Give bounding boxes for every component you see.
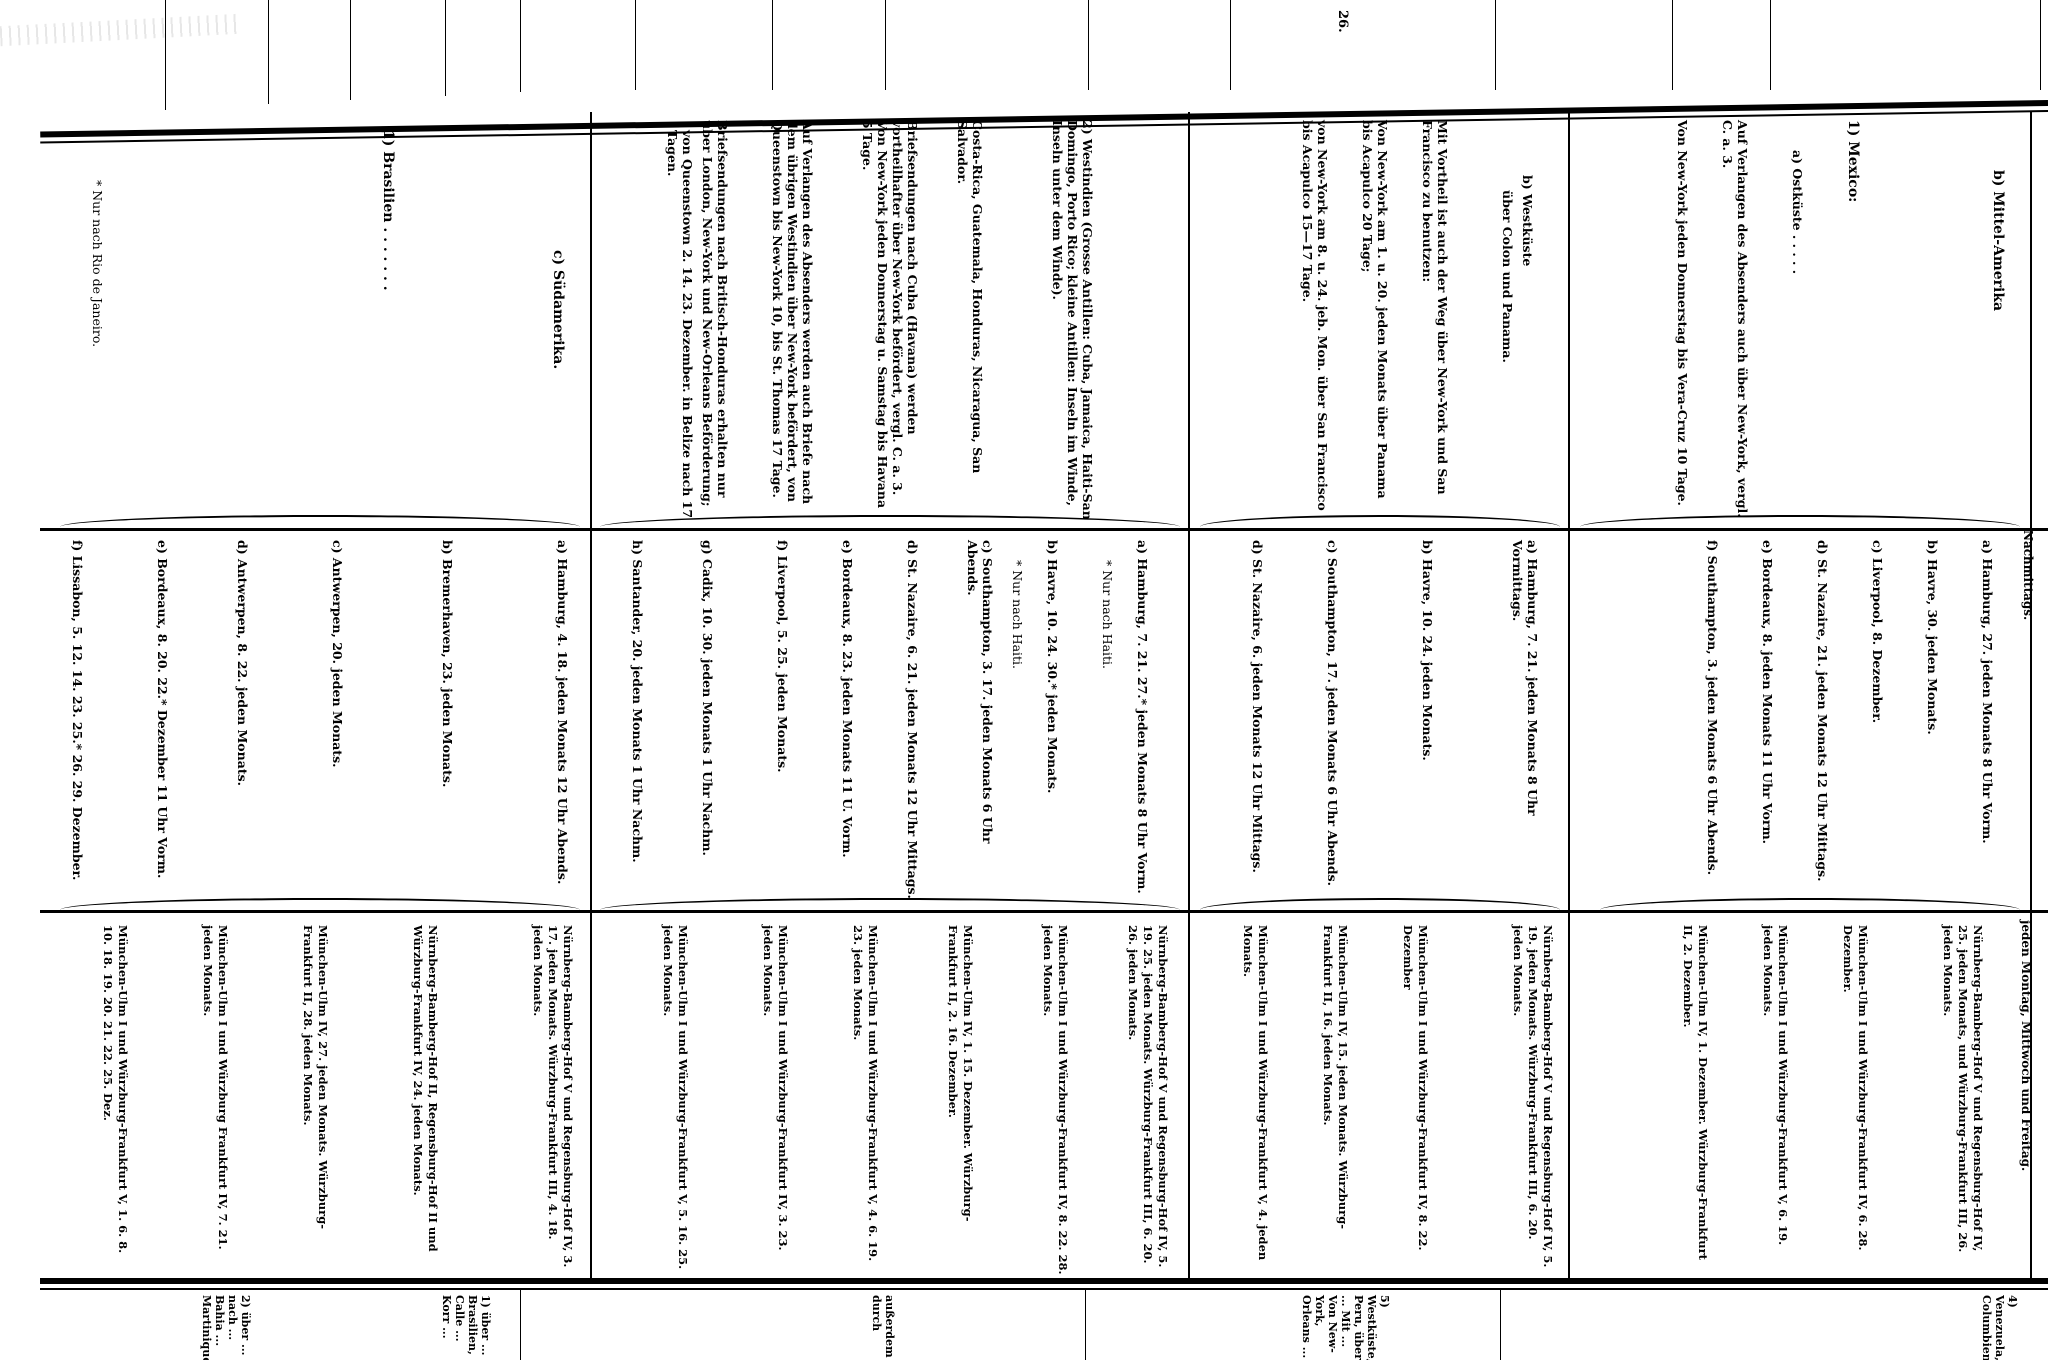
port-fragment: Nachmittags. xyxy=(2020,530,2035,650)
rail-entry: München-Ulm I und Würzburg-Frankfurt V, … xyxy=(1760,925,1790,1275)
port-name: d) St. Nazaire, xyxy=(1815,540,1830,641)
rail-entry: München-Ulm IV, 15. jeden Monats. Würzbu… xyxy=(1320,925,1350,1275)
next-destination: 2) über ... nach ... Bahia ... Martiniqu… xyxy=(200,1295,252,1360)
port-entry: a) Hamburg, 27. jeden Monats 8 Uhr Vorm. xyxy=(1980,540,1995,900)
destination-mexico-west: b) Westküste xyxy=(1520,175,1535,515)
destination-note: Auf Verlangen des Absenders werden auch … xyxy=(770,120,815,520)
rail-entry: München-Ulm IV, 1. 15. Dezember. Würzbur… xyxy=(945,925,975,1275)
port-schedule: 3. jeden Monats 6 Uhr Abends. xyxy=(1705,659,1720,875)
port-entry: c) Southampton, 17. jeden Monats 6 Uhr A… xyxy=(1325,540,1340,900)
port-entry: c) Southampton, 3. 17. jeden Monats 6 Uh… xyxy=(965,540,995,900)
port-schedule: 6. 21. jeden Monats 12 Uhr Mittags. xyxy=(905,645,920,899)
port-entry: b) Havre, 10. 24. 30.* jeden Monats. xyxy=(1045,540,1060,900)
port-name: g) Cadix, xyxy=(700,540,715,602)
rail-entry: München-Ulm I und Würzburg-Frankfurt IV,… xyxy=(1400,925,1430,1275)
port-entry: d) Antwerpen, 8. 22. jeden Monats. xyxy=(235,540,250,900)
port-entry: b) Havre, 10. 24. jeden Monats. xyxy=(1420,540,1435,900)
destination-brazil: 1) Brasilien . . . . . . . xyxy=(380,130,395,510)
port-schedule: 5. 25. jeden Monats. xyxy=(775,630,790,773)
port-entry: h) Santander, 20. jeden Monats 1 Uhr Nac… xyxy=(630,540,645,900)
port-entry: d) St. Nazaire, 21. jeden Monats 12 Uhr … xyxy=(1815,540,1830,900)
rail-entry: Nürnberg-Bamberg-Hof V und Regensburg-Ho… xyxy=(1125,925,1170,1275)
column-rule xyxy=(2040,0,2041,90)
rail-entry: Nürnberg-Bamberg-Hof II, Regensburg-Hof … xyxy=(410,925,440,1275)
port-entry: c) Liverpool, 8. Dezember. xyxy=(1870,540,1885,900)
destination-note: Auf Verlangen des Absenders auch über Ne… xyxy=(1720,120,1750,520)
port-name: a) Hamburg, xyxy=(1525,540,1540,629)
port-name: f) Lissabon, xyxy=(70,540,85,622)
port-entry: b) Bremerhaven, 23. jeden Monats. xyxy=(440,540,455,900)
port-entry: a) Hamburg, 7. 21. 27.* jeden Monats 8 U… xyxy=(1135,540,1150,900)
port-entry: c) Antwerpen, 20. jeden Monats. xyxy=(330,540,345,900)
column-rule xyxy=(1230,0,1231,90)
rail-entry: München-Ulm I und Würzburg Frankfurt IV,… xyxy=(200,925,230,1275)
block-separator xyxy=(590,112,592,1278)
port-name: e) Bordeaux, xyxy=(155,540,170,629)
port-footnote: * Nur nach Haiti. xyxy=(1100,560,1115,760)
port-name: a) Hamburg, xyxy=(1135,540,1150,629)
destination-mexico-east: a) Ostküste . . . . . xyxy=(1790,150,1805,520)
brace xyxy=(1600,898,2020,910)
port-name: b) Bremerhaven, xyxy=(440,540,455,658)
port-entry: a) Hamburg, 7. 21. jeden Monats 8 Uhr Vo… xyxy=(1510,540,1540,900)
block-separator xyxy=(1568,112,1570,1278)
rail-entry: München-Ulm I und Würzburg-Frankfurt V, … xyxy=(100,925,130,1275)
column-rule xyxy=(772,0,773,90)
column-rule xyxy=(1088,0,1089,90)
block-separator xyxy=(1188,112,1190,1278)
port-schedule: 5. 12. 14. 23. 25.* 26. 29. Dezember. xyxy=(70,626,85,880)
page-number: 26. xyxy=(1335,10,1350,33)
column-rule xyxy=(1085,1290,1086,1360)
rail-entry: München-Ulm I und Würzburg-Frankfurt IV,… xyxy=(1840,925,1870,1275)
brace xyxy=(1580,515,2020,527)
destination-west-indies: 2) Westindien (Grosse Antillen: Cuba, Ja… xyxy=(1050,120,1095,520)
port-name: c) Liverpool, xyxy=(1870,540,1885,628)
column-rule xyxy=(635,0,636,90)
section-heading-south-america: c) Südamerika. xyxy=(550,250,565,500)
divider-ports-rail xyxy=(40,910,2048,913)
port-schedule: 10. 24. 30.* jeden Monats. xyxy=(1045,609,1060,793)
next-destination: 4) Venezuela, Columbien xyxy=(1980,1295,2019,1360)
port-name: c) Southampton, xyxy=(1325,540,1340,657)
port-schedule: 30. jeden Monats. xyxy=(1925,609,1940,734)
destination-note: Briefsendungen nach Britisch-Honduras er… xyxy=(700,120,730,520)
column-rule xyxy=(445,0,446,96)
column-rule xyxy=(165,0,166,110)
column-rule xyxy=(1495,0,1496,90)
port-entry: f) Liverpool, 5. 25. jeden Monats. xyxy=(775,540,790,900)
port-entry: d) St. Nazaire, 6. jeden Monats 12 Uhr M… xyxy=(1250,540,1265,900)
brace xyxy=(1200,515,1560,527)
rail-entry: München-Ulm IV, 27. jeden Monats. Würzbu… xyxy=(300,925,330,1275)
rail-entry: Nürnberg-Bamberg-Hof V und Regensburg-Ho… xyxy=(530,925,575,1275)
column-rule xyxy=(1500,1290,1501,1360)
port-name: f) Southampton, xyxy=(1705,540,1720,655)
port-schedule: 4. 18. jeden Monats 12 Uhr Abends. xyxy=(555,633,570,884)
rail-entry: München-Ulm I und Würzburg-Frankfurt V, … xyxy=(660,925,690,1275)
port-name: f) Liverpool, xyxy=(775,540,790,626)
column-rule xyxy=(1672,0,1673,90)
port-schedule: 20. jeden Monats. xyxy=(330,642,345,767)
destination-note: Briefsendungen nach Cuba (Havana) werden… xyxy=(860,120,920,520)
next-destination: 1) über ... Brasilien, Calle ... Korr ..… xyxy=(440,1295,492,1360)
rail-fragment: jeden Montag, Mittwoch und Freitag. xyxy=(2018,920,2033,1270)
destination-note: Mit Vortheil ist auch der Weg über New-Y… xyxy=(1420,120,1450,520)
port-entry: e) Bordeaux, 8. 23. jeden Monats 11 U. V… xyxy=(840,540,855,900)
port-name: d) St. Nazaire, xyxy=(905,540,920,641)
rail-entry: München-Ulm I und Würzburg-Frankfurt V, … xyxy=(850,925,880,1275)
destination-route: über Colon und Panama. xyxy=(1500,190,1515,515)
port-name: c) Antwerpen, xyxy=(330,540,345,638)
port-name: e) Bordeaux, xyxy=(1760,540,1775,629)
column-rule xyxy=(885,0,886,90)
previous-table-fragment: 26. xyxy=(0,0,2048,110)
port-schedule: 8. jeden Monats 11 Uhr Vorm. xyxy=(1760,634,1775,844)
column-rule xyxy=(520,0,521,92)
port-schedule: 10. 24. jeden Monats. xyxy=(1420,609,1435,760)
port-name: d) St. Nazaire, xyxy=(1250,540,1265,641)
port-entry: e) Bordeaux, 8. 20. 22.* Dezember 11 Uhr… xyxy=(155,540,170,900)
port-schedule: 7. 21. 27.* jeden Monats 8 Uhr Vorm. xyxy=(1135,633,1150,893)
port-schedule: 23. jeden Monats. xyxy=(440,662,455,787)
brace xyxy=(60,515,580,527)
port-name: b) Havre, xyxy=(1925,540,1940,605)
port-schedule: 27. jeden Monats 8 Uhr Vorm. xyxy=(1980,633,1995,843)
port-schedule: 8. Dezember. xyxy=(1870,632,1885,723)
port-entry: f) Southampton, 3. jeden Monats 6 Uhr Ab… xyxy=(1705,540,1720,900)
column-rule xyxy=(1770,0,1771,90)
port-entry: b) Havre, 30. jeden Monats. xyxy=(1925,540,1940,900)
column-rule xyxy=(350,0,351,100)
port-schedule: 10. 30. jeden Monats 1 Uhr Nachm. xyxy=(700,607,715,856)
column-rule xyxy=(268,0,269,104)
destination-note: von New-York am 8. u. 24. jeb. Mon. über… xyxy=(1300,120,1330,520)
port-entry: f) Lissabon, 5. 12. 14. 23. 25.* 26. 29.… xyxy=(70,540,85,900)
scan-noise xyxy=(0,14,240,47)
port-name: a) Hamburg, xyxy=(1980,540,1995,629)
column-rule xyxy=(520,1290,521,1360)
rail-entry: München-Ulm I und Würzburg-Frankfurt IV,… xyxy=(760,925,790,1275)
brace xyxy=(600,898,1180,910)
port-schedule: 17. jeden Monats 6 Uhr Abends. xyxy=(1325,661,1340,886)
port-schedule: 8. 23. jeden Monats 11 U. Vorm. xyxy=(840,634,855,858)
divider-destination-ports xyxy=(40,528,2048,531)
next-destination: außerdem durch xyxy=(870,1295,896,1360)
port-name: b) Havre, xyxy=(1420,540,1435,605)
port-name: d) Antwerpen, xyxy=(235,540,250,639)
destination-note: von Queenstown 2. 14. 23. Dezember. in B… xyxy=(665,130,695,520)
port-entry: g) Cadix, 10. 30. jeden Monats 1 Uhr Nac… xyxy=(700,540,715,900)
port-entry: e) Bordeaux, 8. jeden Monats 11 Uhr Vorm… xyxy=(1760,540,1775,900)
port-footnote: * Nur nach Haiti. xyxy=(1010,560,1025,760)
destination-note: Von New-York jeden Donnerstag bis Vera-C… xyxy=(1675,120,1690,520)
next-table-fragment: 4) Venezuela, Columbien 5) Westküste, Pe… xyxy=(0,1290,2048,1360)
rail-entry: Nürnberg-Bamberg-Hof V und Regensburg-Ho… xyxy=(1940,925,1985,1275)
port-schedule: 6. jeden Monats 12 Uhr Mittags. xyxy=(1250,645,1265,873)
rail-entry: München-Ulm IV, 1. Dezember. Würzburg-Fr… xyxy=(1680,925,1710,1275)
port-schedule: 21. jeden Monats 12 Uhr Mittags. xyxy=(1815,645,1830,881)
port-name: h) Santander, xyxy=(630,540,645,635)
rail-entry: München-Ulm I und Würzburg-Frankfurt V, … xyxy=(1240,925,1270,1275)
brace xyxy=(60,898,580,910)
port-entry: a) Hamburg, 4. 18. jeden Monats 12 Uhr A… xyxy=(555,540,570,900)
port-name: c) Southampton, xyxy=(980,540,995,657)
next-destination: 5) Westküste, Peru, über ... Mit ... Von… xyxy=(1300,1295,1391,1360)
rail-entry: München-Ulm I und Würzburg-Frankfurt IV,… xyxy=(1040,925,1070,1275)
port-name: b) Havre, xyxy=(1045,540,1060,605)
section-heading-central-america: b) Mittel-Amerika xyxy=(1990,170,2005,490)
port-schedule: 8. 22. jeden Monats. xyxy=(235,643,250,786)
port-name: e) Bordeaux, xyxy=(840,540,855,629)
destination-mexico: 1) Mexico: xyxy=(1845,120,1860,520)
port-schedule: 8. 20. 22.* Dezember 11 Uhr Vorm. xyxy=(155,634,170,879)
port-name: a) Hamburg, xyxy=(555,540,570,629)
table-bottom-rule xyxy=(40,1278,2048,1284)
port-entry: d) St. Nazaire, 6. 21. jeden Monats 12 U… xyxy=(905,540,920,900)
port-schedule: 20. jeden Monats 1 Uhr Nachm. xyxy=(630,640,645,863)
destination-central-america-states: Costa-Rica, Guatemala, Honduras, Nicarag… xyxy=(955,120,985,520)
destination-footnote: * Nur nach Rio de Janeiro. xyxy=(90,180,105,510)
rail-entry: Nürnberg-Bamberg-Hof V und Regensburg-Ho… xyxy=(1510,925,1555,1275)
destination-note: Von New-York am 1. u. 20. jeden Monats ü… xyxy=(1360,120,1390,520)
